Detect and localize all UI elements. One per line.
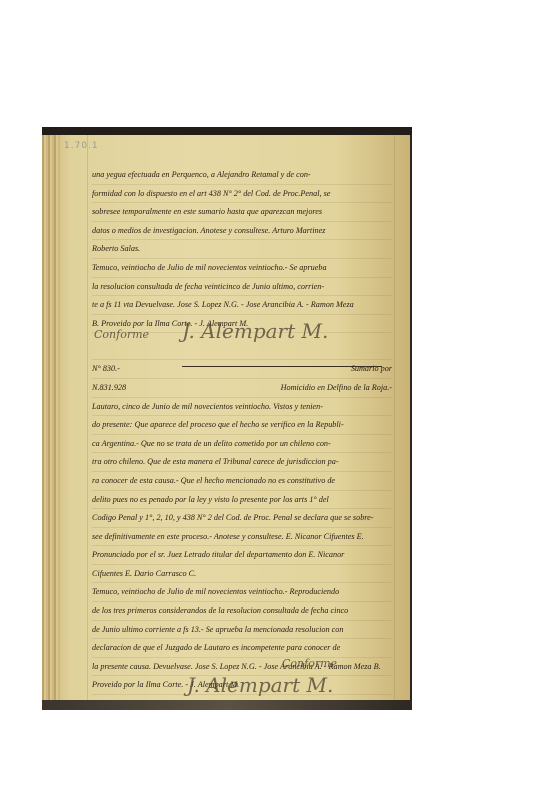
text-line: Temuco, veintiocho de Julio de mil novec… (92, 259, 392, 278)
text-line: la resolucion consultada de fecha veinti… (92, 278, 392, 297)
text-line: delito pues no es penado por la ley y vi… (92, 491, 392, 510)
text-line: Roberto Salas. (92, 240, 392, 259)
entry-heading-right: Sumario por (351, 360, 392, 378)
text-line: declaracion de que el Juzgado de Lautaro… (92, 639, 392, 658)
entry-heading-2: N.831.928 Homicidio en Delfino de la Roj… (92, 379, 392, 398)
text-line: ca Argentina.- Que no se trata de un del… (92, 435, 392, 454)
margin-rule-right (394, 133, 395, 703)
text-line: see definitivamente en este proceso.- An… (92, 528, 392, 547)
text-line: de Junio ultimo corriente a fs 13.- Se a… (92, 621, 392, 640)
stacked-page-edges (42, 133, 60, 703)
conforme-1: Conforme (94, 328, 149, 341)
catalog-mark: 1.70.1 (64, 141, 99, 151)
text-line: de los tres primeros considerandos de la… (92, 602, 392, 621)
top-shadow-band (42, 127, 412, 135)
text-line: do presente: Que aparece del proceso que… (92, 416, 392, 435)
signature-2: J. Alempart M. (187, 673, 333, 697)
text-line: una yegua efectuada en Perquenco, a Alej… (92, 166, 392, 185)
ledger-page: 1.70.1 una yegua efectuada en Perquenco,… (42, 133, 410, 703)
bottom-shadow-band (42, 700, 412, 710)
section-divider (182, 366, 382, 367)
text-line: Lautaro, cinco de Junio de mil novecient… (92, 398, 392, 417)
entry-number: N° 830.- (92, 360, 120, 378)
text-line: Pronunciado por el sr. Juez Letrado titu… (92, 546, 392, 565)
text-line: Cifuentes E. Dario Carrasco C. (92, 565, 392, 584)
text-line: sobresee temporalmente en este sumario h… (92, 203, 392, 222)
text-line: te a fs 11 vta Devuelvase. Jose S. Lopez… (92, 296, 392, 315)
text-line: formidad con lo dispuesto en el art 438 … (92, 185, 392, 204)
conforme-2: Conforme (282, 657, 337, 670)
handwritten-text: una yegua efectuada en Perquenco, a Alej… (92, 166, 392, 695)
entry-heading-line2: Homicidio en Delfino de la Roja.- (281, 379, 392, 397)
signature-1: J. Alempart M. (182, 319, 328, 343)
text-line: tra otro chileno. Que de esta manera el … (92, 453, 392, 472)
text-line: Temuco, veintiocho de Julio de mil novec… (92, 583, 392, 602)
case-reference: N.831.928 (92, 379, 126, 397)
text-line: datos o medios de investigacion. Anotese… (92, 222, 392, 241)
text-line: ra conocer de esta causa.- Que el hecho … (92, 472, 392, 491)
text-line: Codigo Penal y 1°, 2, 10, y 438 N° 2 del… (92, 509, 392, 528)
entry-heading: N° 830.- Sumario por (92, 360, 392, 379)
margin-rule (87, 133, 88, 703)
